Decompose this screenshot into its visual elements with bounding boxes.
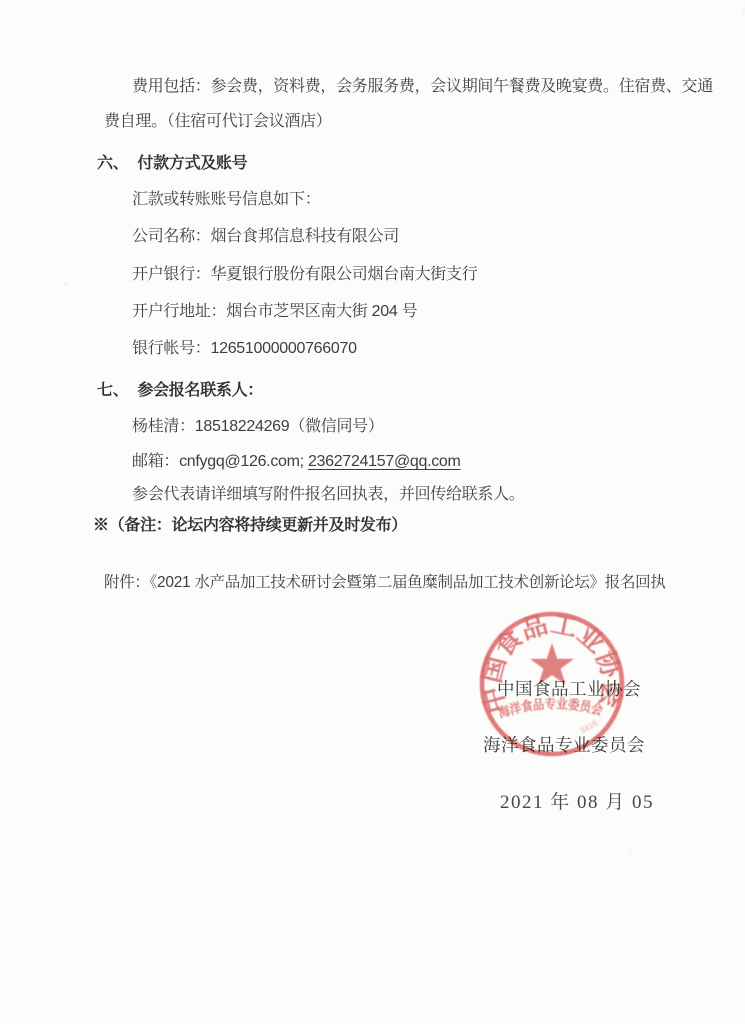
bank-address-line: 开户行地址：烟台市芝罘区南大街 204 号 xyxy=(132,302,417,321)
email-link[interactable]: 2362724157@qq.com xyxy=(308,453,461,470)
attachment-line: 附件：《2021 水产品加工技术研讨会暨第二届鱼糜制品加工技术创新论坛》报名回执 xyxy=(104,574,666,593)
seal-inner-text: 海洋食品专业委员会 xyxy=(496,695,605,720)
section7-title: 参会报名联系人： xyxy=(137,382,263,399)
fee-paragraph-line1: 费用包括：参会费，资料费，会务服务费，会议期间午餐费及晚宴费。住宿费、交通 xyxy=(132,77,713,96)
bank-name-line: 开户银行：华夏银行股份有限公司烟台南大街支行 xyxy=(132,265,477,284)
email-line: 邮箱：cnfygq@126.com; 2362724157@qq.com xyxy=(132,452,461,471)
remark-line: ※（备注：论坛内容将持续更新并及时发布） xyxy=(93,516,407,535)
section6-title: 付款方式及账号 xyxy=(137,155,247,172)
official-seal-stamp: 中国食品工业协会 海洋食品专业委员会 3416 xyxy=(476,608,628,760)
section6-heading: 六、付款方式及账号 xyxy=(97,154,247,173)
email-prefix: 邮箱：cnfygq@126.com; xyxy=(132,453,308,470)
scan-speck xyxy=(64,283,68,285)
seal-star-icon xyxy=(530,643,574,685)
section6-number: 六、 xyxy=(97,155,128,172)
section7-heading: 七、参会报名联系人： xyxy=(97,381,263,400)
seal-serial-number: 3416 xyxy=(578,717,600,735)
fee-paragraph-line2: 费自理。（住宿可代订会议酒店） xyxy=(104,112,332,131)
reply-instruction-line: 参会代表请详细填写附件报名回执表，并回传给联系人。 xyxy=(132,485,525,504)
scanned-document-page: 费用包括：参会费，资料费，会务服务费，会议期间午餐费及晚宴费。住宿费、交通 费自… xyxy=(0,0,745,1024)
signature-date: 2021 年 08 月 05 xyxy=(500,787,654,814)
section7-number: 七、 xyxy=(97,382,128,399)
scan-speck xyxy=(628,850,634,855)
bank-account-line: 银行帐号：12651000000766070 xyxy=(132,339,357,358)
contact-person-line: 杨桂清：18518224269（微信同号） xyxy=(132,417,384,436)
company-name-line: 公司名称：烟台食邦信息科技有限公司 xyxy=(132,227,399,246)
remit-intro-line: 汇款或转账账号信息如下： xyxy=(132,190,320,209)
